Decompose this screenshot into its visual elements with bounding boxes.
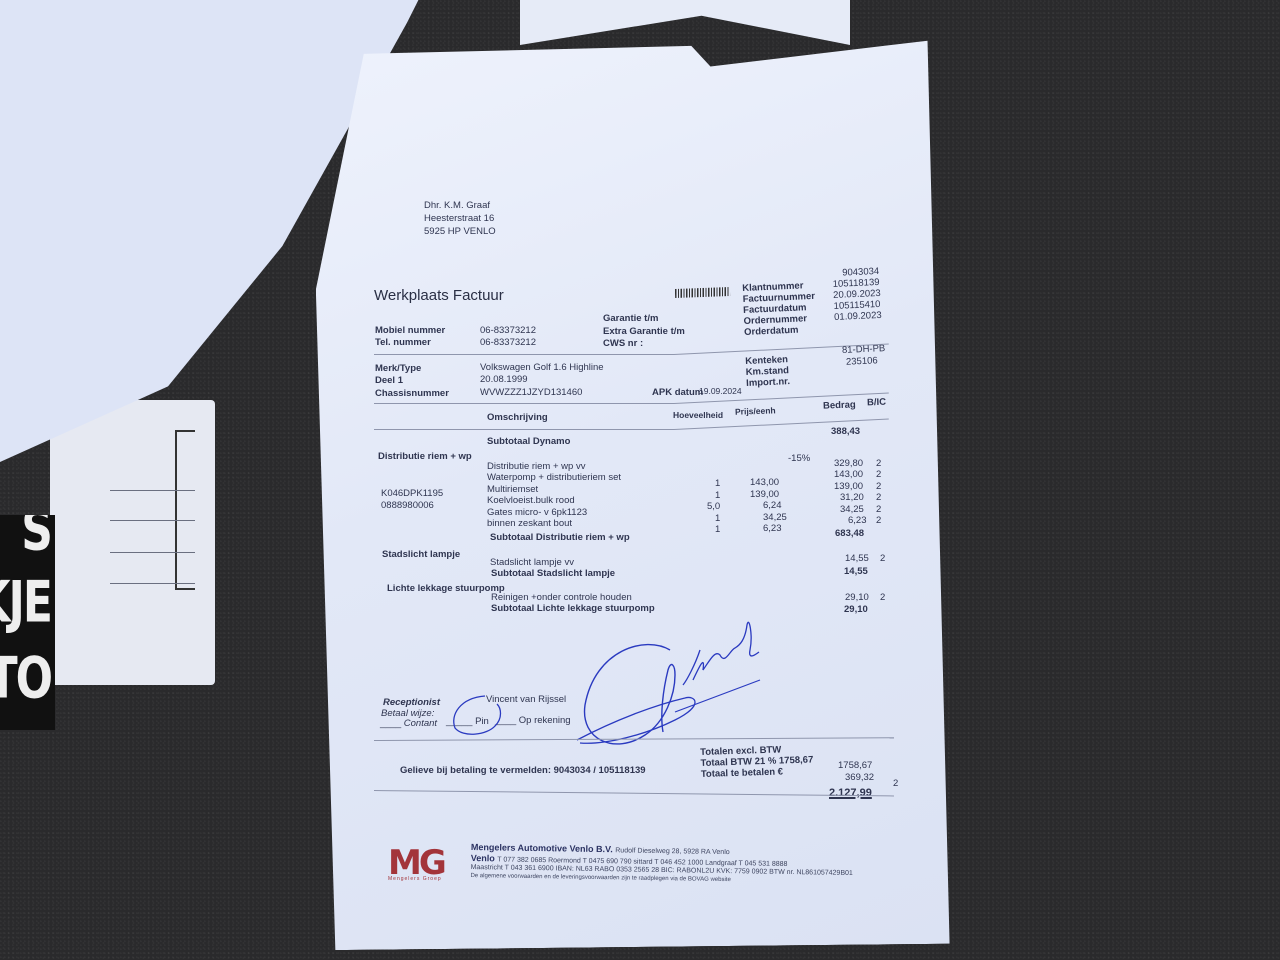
col-description: Omschrijving bbox=[487, 412, 548, 423]
divider bbox=[374, 354, 674, 355]
col-amount: Bedrag bbox=[823, 399, 856, 411]
line-item-qty: 1 bbox=[715, 513, 720, 524]
subtotal-dynamo-amount: 388,43 bbox=[831, 426, 860, 437]
subtotal-dynamo-label: Subtotaal Dynamo bbox=[487, 436, 570, 447]
odometer: 235106 bbox=[846, 355, 878, 367]
line-item-code: 2 bbox=[876, 469, 881, 480]
meta-label: Orderdatum bbox=[744, 325, 799, 338]
line-item-qty: 1 bbox=[715, 524, 720, 535]
tel-value: 06-83373212 bbox=[480, 337, 536, 348]
total-btw-value: 369,32 bbox=[845, 772, 874, 783]
subtotal-label: Subtotaal Distributie riem + wp bbox=[490, 532, 630, 543]
group-title: Lichte lekkage stuurpomp bbox=[387, 583, 505, 594]
part-code: K046DPK1195 bbox=[381, 488, 443, 499]
line-item-amount: 139,00 bbox=[834, 481, 863, 492]
total-excl-value: 1758,67 bbox=[838, 760, 872, 771]
line-item-qty: 1 bbox=[715, 490, 720, 501]
line-item-unit-price: 34,25 bbox=[763, 512, 787, 523]
payment-reference: Gelieve bij betaling te vermelden: 90430… bbox=[400, 765, 646, 776]
chassis-value: WVWZZZ1JZYD131460 bbox=[480, 387, 582, 398]
mg-logo-subtitle: Mengelers Groep bbox=[388, 876, 442, 882]
discount: -15% bbox=[788, 453, 810, 464]
line-item-desc: Gates micro- v 6pk1123 bbox=[487, 507, 587, 518]
total-due: 2.127,99 bbox=[829, 787, 872, 799]
line-item-desc: Reinigen +onder controle houden bbox=[491, 592, 632, 603]
line-item-unit-price: 143,00 bbox=[750, 477, 779, 488]
line-item-code: 2 bbox=[876, 458, 881, 469]
line-item-amount: 143,00 bbox=[834, 469, 863, 480]
line-item-amount: 14,55 bbox=[845, 553, 869, 564]
customer-city: 5925 HP VENLO bbox=[424, 226, 496, 237]
customer-name: Dhr. K.M. Graaf bbox=[424, 200, 490, 211]
tel-label: Tel. nummer bbox=[375, 337, 431, 348]
line-item-amount: 329,80 bbox=[834, 458, 863, 469]
document-title: Werkplaats Factuur bbox=[374, 287, 504, 304]
order-date: 01.09.2023 bbox=[834, 310, 882, 323]
option-label: Contant bbox=[404, 718, 437, 729]
license-plate: 81-DH-PB bbox=[842, 343, 886, 356]
footer-terms: De algemene voorwaarden en de leveringsv… bbox=[470, 873, 730, 883]
subtotal-amount: 683,48 bbox=[835, 528, 864, 539]
line-item-amount: 29,10 bbox=[845, 592, 869, 603]
chassis-label: Chassisnummer bbox=[375, 388, 449, 399]
make-value: Volkswagen Golf 1.6 Highline bbox=[480, 362, 604, 373]
receptionist-label: Receptionist bbox=[383, 697, 440, 708]
line-item-qty: 5,0 bbox=[707, 501, 720, 512]
part-code: 0888980006 bbox=[381, 500, 434, 511]
warranty-label: Garantie t/m bbox=[603, 313, 658, 324]
line-item-desc: binnen zeskant bout bbox=[487, 518, 572, 529]
line-item-desc: Koelvloeist.bulk rood bbox=[487, 495, 575, 506]
selected-payment-circle bbox=[445, 690, 510, 740]
subtotal-amount: 29,10 bbox=[844, 604, 868, 615]
subtotal-label: Subtotaal Stadslicht lampje bbox=[491, 568, 615, 579]
col-quantity: Hoeveelheid bbox=[673, 410, 723, 420]
invoice-document: Dhr. K.M. Graaf Heesterstraat 16 5925 HP… bbox=[0, 0, 1280, 960]
total-btw-code: 2 bbox=[893, 778, 898, 789]
line-item-amount: 6,23 bbox=[848, 515, 867, 526]
line-item-unit-price: 6,24 bbox=[763, 500, 782, 511]
line-item-code: 2 bbox=[880, 553, 885, 564]
divider bbox=[374, 429, 674, 430]
group-title: Distributie riem + wp bbox=[378, 451, 472, 462]
divider bbox=[374, 403, 674, 404]
line-item-desc: Stadslicht lampje vv bbox=[490, 557, 574, 568]
line-item-code: 2 bbox=[876, 515, 881, 526]
payment-option-contant: ____ Contant bbox=[380, 718, 437, 729]
col-btw-code: B/IC bbox=[867, 397, 886, 409]
group-title: Stadslicht lampje bbox=[382, 549, 460, 560]
col-unit-price: Prijs/eenh bbox=[735, 405, 776, 416]
barcode bbox=[675, 287, 730, 298]
import-label: Import.nr. bbox=[746, 376, 790, 389]
line-item-code: 2 bbox=[880, 592, 885, 603]
apk-label: APK datum bbox=[652, 387, 703, 398]
line-item-desc: Multiriemset bbox=[487, 484, 538, 495]
line-item-desc: Distributie riem + wp vv bbox=[487, 461, 585, 472]
footer-city: Venlo bbox=[471, 853, 495, 863]
line-item-unit-price: 6,23 bbox=[763, 523, 782, 534]
apk-date: 19.09.2024 bbox=[699, 386, 742, 396]
line-item-code: 2 bbox=[876, 504, 881, 515]
line-item-amount: 34,25 bbox=[840, 504, 864, 515]
line-item-code: 2 bbox=[876, 492, 881, 503]
part-label: Deel 1 bbox=[375, 375, 403, 386]
line-item-qty: 1 bbox=[715, 478, 720, 489]
subtotal-amount: 14,55 bbox=[844, 566, 868, 577]
customer-street: Heesterstraat 16 bbox=[424, 213, 494, 224]
line-item-unit-price: 139,00 bbox=[750, 489, 779, 500]
cws-label: CWS nr : bbox=[603, 338, 643, 349]
divider bbox=[374, 790, 894, 796]
part-value: 20.08.1999 bbox=[480, 374, 528, 385]
extra-warranty-label: Extra Garantie t/m bbox=[603, 326, 685, 337]
line-item-code: 2 bbox=[876, 481, 881, 492]
line-item-amount: 31,20 bbox=[840, 492, 864, 503]
option-label: Op rekening bbox=[519, 715, 571, 726]
make-label: Merk/Type bbox=[375, 363, 421, 374]
line-item-desc: Waterpomp + distributieriem set bbox=[487, 472, 621, 483]
total-label: Totaal te betalen € bbox=[701, 766, 783, 780]
mobile-label: Mobiel nummer bbox=[375, 325, 445, 336]
mobile-value: 06-83373212 bbox=[480, 325, 536, 336]
